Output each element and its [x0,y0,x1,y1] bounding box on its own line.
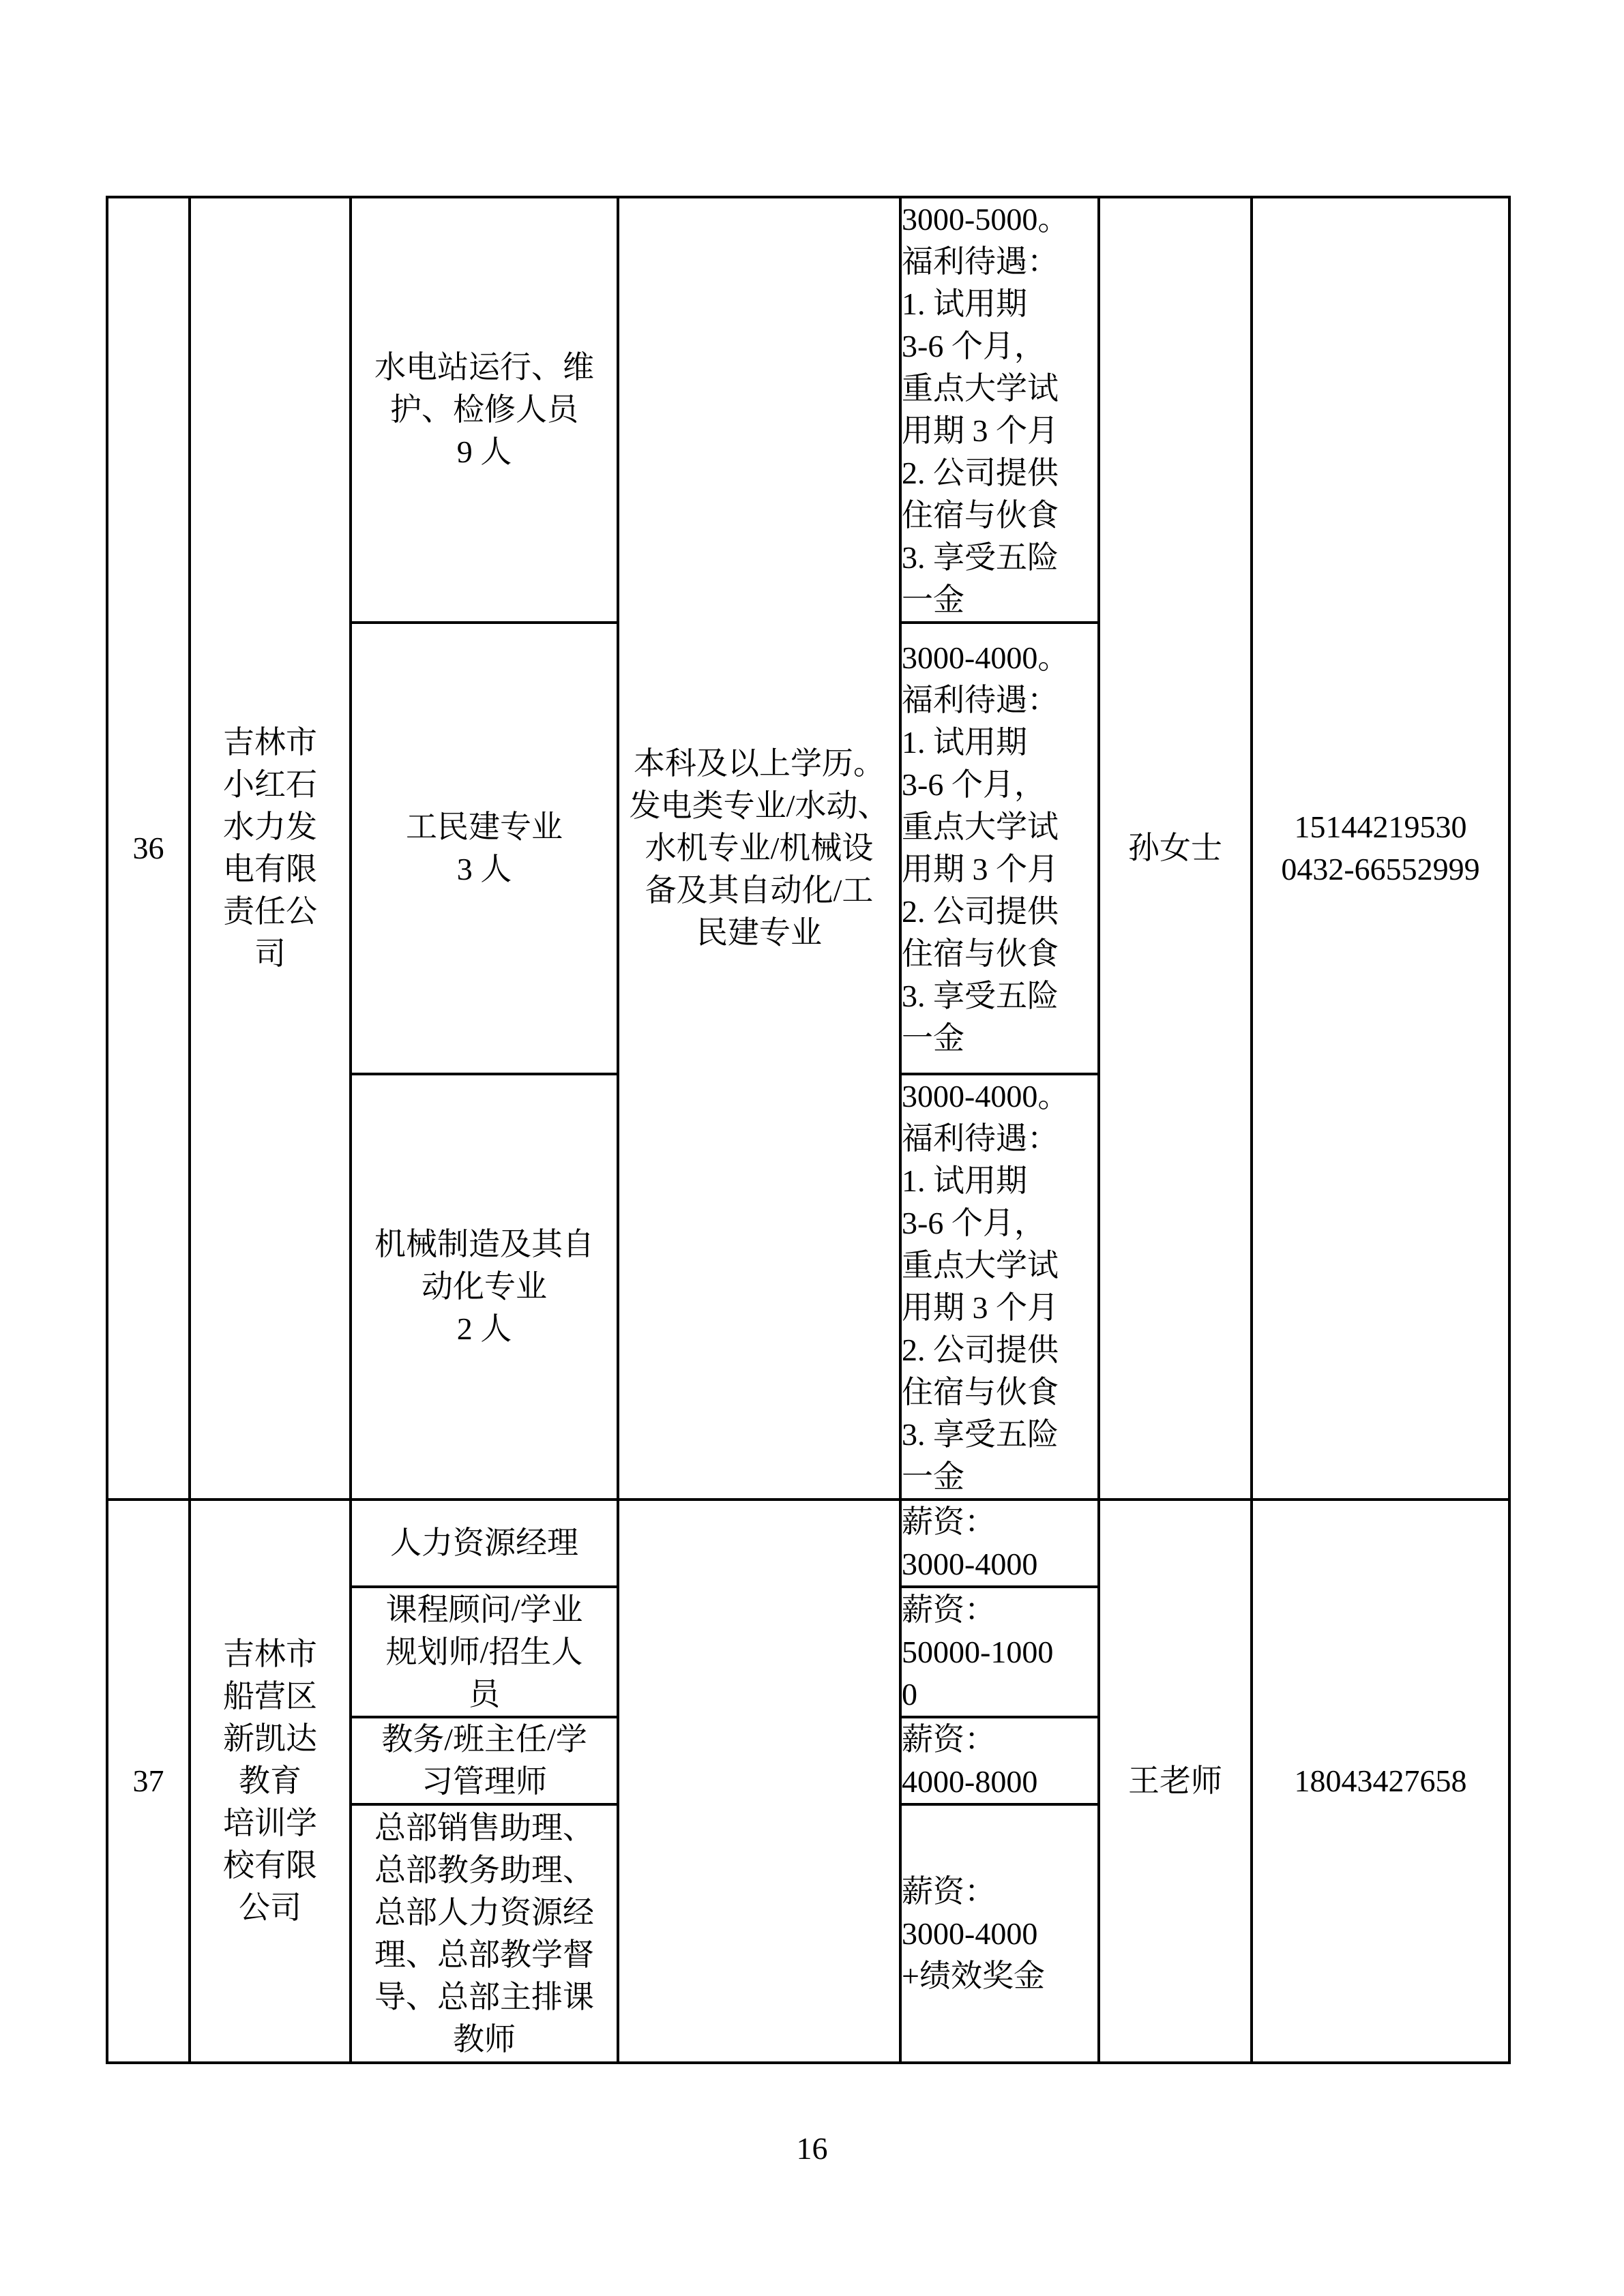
phone-number-cell: 18043427658 [1252,1500,1509,2063]
serial-number-cell: 36 [107,197,190,1500]
position-cell: 工民建专业 3 人 [351,623,618,1074]
position-cell: 总部销售助理、 总部教务助理、 总部人力资源经 理、总部教学督 导、总部主排课 … [351,1804,618,2063]
position-cell: 人力资源经理 [351,1500,618,1587]
salary-cell: 薪资： 3000-4000 +绩效奖金 [900,1804,1099,2063]
salary-cell: 3000-4000。 福利待遇： 1. 试用期 3-6 个月， 重点大学试 用期… [900,623,1099,1074]
document-page: 36 吉林市 小红石 水力发 电有限 责任公 司 水电站运行、维 护、检修人员 … [0,0,1624,2296]
company-name-cell: 吉林市 小红石 水力发 电有限 责任公 司 [190,197,351,1500]
salary-cell: 3000-5000。 福利待遇： 1. 试用期 3-6 个月， 重点大学试 用期… [900,197,1099,623]
contact-person-cell: 王老师 [1099,1500,1252,2063]
requirements-cell: 本科及以上学历。 发电类专业/水动、 水机专业/机械设 备及其自动化/工 民建专… [618,197,900,1500]
page-number: 16 [0,2128,1624,2170]
position-cell: 课程顾问/学业 规划师/招生人 员 [351,1587,618,1717]
position-cell: 教务/班主任/学 习管理师 [351,1717,618,1804]
table-row-36-sub-1: 36 吉林市 小红石 水力发 电有限 责任公 司 水电站运行、维 护、检修人员 … [107,197,1509,623]
contact-person-cell: 孙女士 [1099,197,1252,1500]
company-name-cell: 吉林市 船营区 新凯达 教育 培训学 校有限 公司 [190,1500,351,2063]
position-cell: 机械制造及其自 动化专业 2 人 [351,1074,618,1500]
table-row-37-sub-1: 37 吉林市 船营区 新凯达 教育 培训学 校有限 公司 人力资源经理 薪资： … [107,1500,1509,1587]
recruitment-table: 36 吉林市 小红石 水力发 电有限 责任公 司 水电站运行、维 护、检修人员 … [106,196,1511,2064]
salary-cell: 薪资： 4000-8000 [900,1717,1099,1804]
serial-number-cell: 37 [107,1500,190,2063]
position-cell: 水电站运行、维 护、检修人员 9 人 [351,197,618,623]
phone-number-cell: 15144219530 0432-66552999 [1252,197,1509,1500]
salary-cell: 薪资： 3000-4000 [900,1500,1099,1587]
salary-cell: 薪资： 50000-1000 0 [900,1587,1099,1717]
salary-cell: 3000-4000。 福利待遇： 1. 试用期 3-6 个月， 重点大学试 用期… [900,1074,1099,1500]
requirements-cell [618,1500,900,2063]
